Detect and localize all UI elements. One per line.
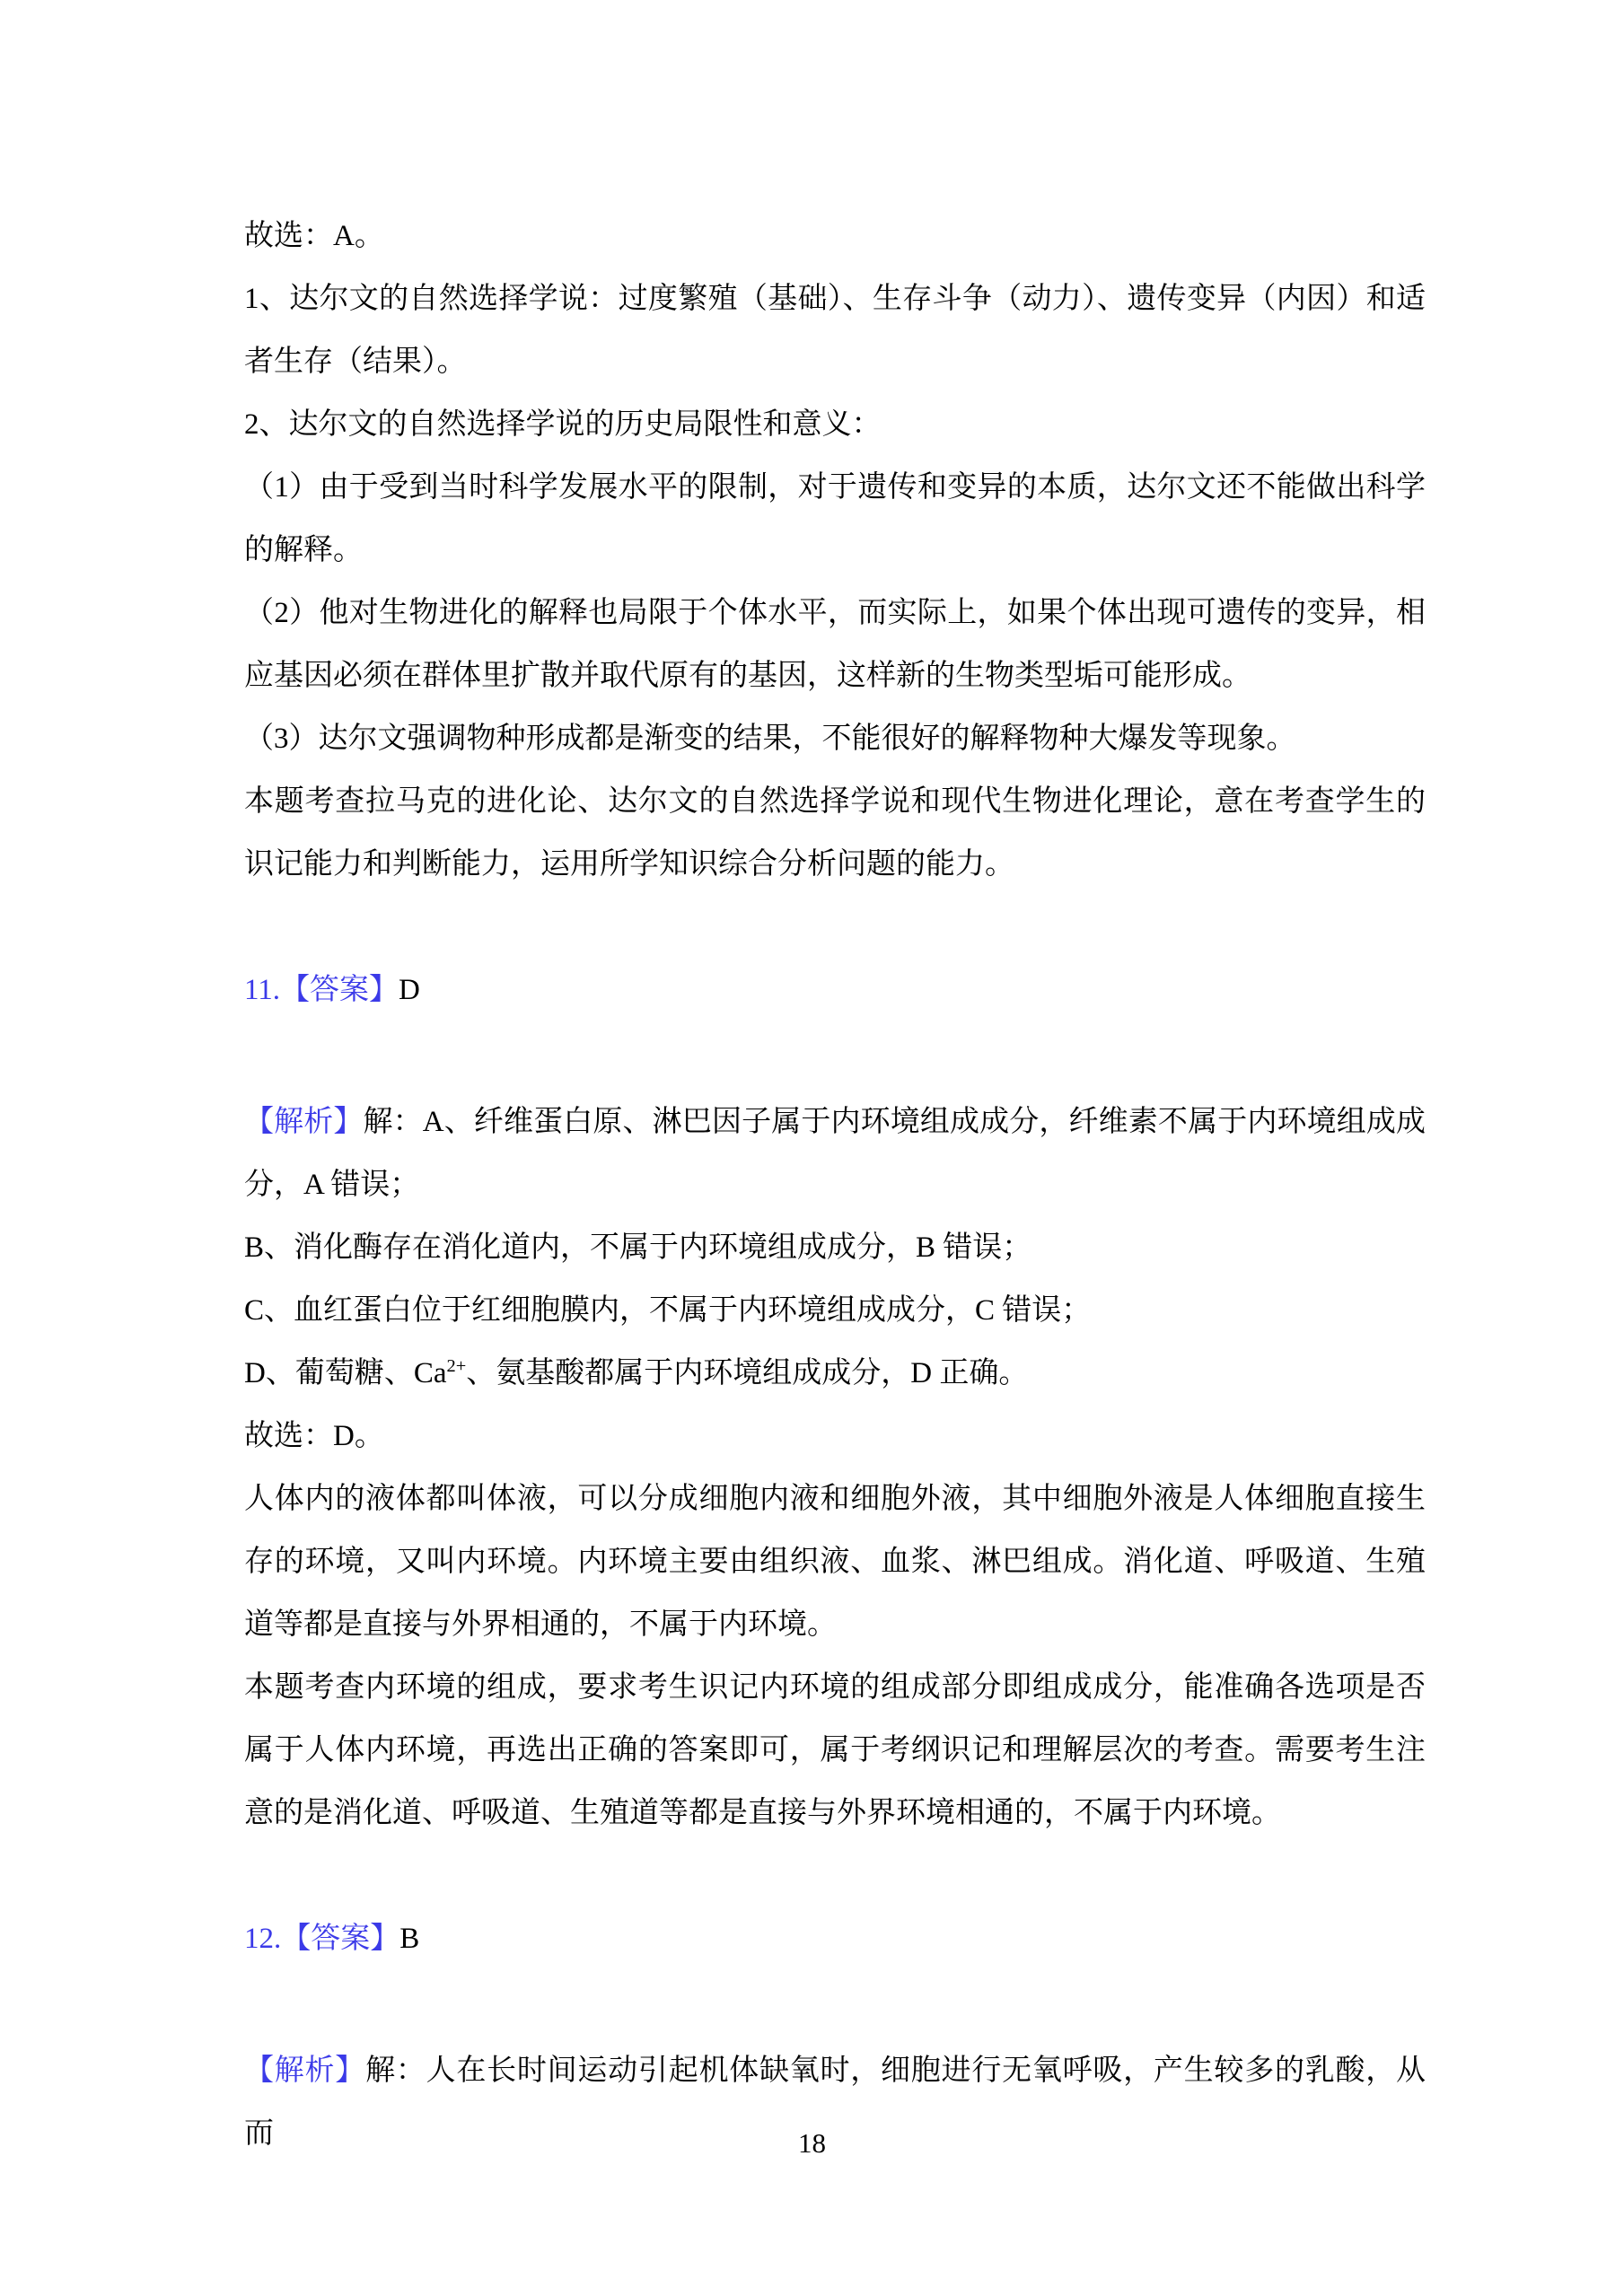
- q11-option-d-post: 、氨基酸都属于内环境组成成分，D 正确。: [466, 1357, 1028, 1389]
- q12-analysis-label: 【解析】: [244, 2055, 365, 2087]
- q11-knowledge: 人体内的液体都叫体液，可以分成细胞内液和细胞外液，其中细胞外液是人体细胞直接生存…: [244, 1468, 1426, 1656]
- q12-number: 12.: [244, 1923, 281, 1955]
- q10-point-1: 1、达尔文的自然选择学说：过度繁殖（基础）、生存斗争（动力）、遗传变异（内因）和…: [244, 267, 1426, 393]
- q12-answer-value: B: [399, 1923, 419, 1955]
- document-page: 故选：A。 1、达尔文的自然选择学说：过度繁殖（基础）、生存斗争（动力）、遗传变…: [0, 0, 1624, 2296]
- q11-number: 11.: [244, 974, 280, 1006]
- q11-option-b: B、消化酶存在消化道内，不属于内环境组成成分，B 错误；: [244, 1216, 1426, 1279]
- q11-analysis-intro: 【解析】解：A、纤维蛋白原、淋巴因子属于内环境组成成分，纤维素不属于内环境组成成…: [244, 1091, 1426, 1216]
- q10-point-2: 2、达尔文的自然选择学说的历史局限性和意义：: [244, 393, 1426, 456]
- q11-analysis-label: 【解析】: [244, 1106, 364, 1138]
- q11-option-c: C、血红蛋白位于红细胞膜内，不属于内环境组成成分，C 错误；: [244, 1279, 1426, 1342]
- q11-option-d-pre: D、葡萄糖、Ca: [244, 1357, 447, 1389]
- page-content: 故选：A。 1、达尔文的自然选择学说：过度繁殖（基础）、生存斗争（动力）、遗传变…: [244, 205, 1426, 2165]
- q12-answer-line: 12.【答案】B: [244, 1907, 1426, 1970]
- q10-sub-2: （2）他对生物进化的解释也局限于个体水平，而实际上，如果个体出现可遗传的变异，相…: [244, 582, 1426, 707]
- q10-comment: 本题考查拉马克的进化论、达尔文的自然选择学说和现代生物进化理论，意在考查学生的识…: [244, 770, 1426, 896]
- q11-answer-value: D: [399, 974, 420, 1006]
- page-number: 18: [0, 2125, 1624, 2161]
- q11-option-d-superscript: 2+: [447, 1356, 467, 1376]
- q10-sub-3: （3）达尔文强调物种形成都是渐变的结果，不能很好的解释物种大爆发等现象。: [244, 707, 1426, 770]
- q11-answer-line: 11.【答案】D: [244, 959, 1426, 1021]
- q11-comment: 本题考查内环境的组成，要求考生识记内环境的组成部分即组成成分，能准确各选项是否属…: [244, 1656, 1426, 1845]
- q11-conclusion: 故选：D。: [244, 1405, 1426, 1468]
- q11-option-d: D、葡萄糖、Ca2+、氨基酸都属于内环境组成成分，D 正确。: [244, 1342, 1426, 1405]
- q11-analysis-text: 解：A、纤维蛋白原、淋巴因子属于内环境组成成分，纤维素不属于内环境组成成分，A …: [244, 1106, 1426, 1201]
- q12-answer-label: 【答案】: [281, 1923, 399, 1955]
- q11-answer-label: 【答案】: [280, 974, 399, 1006]
- q10-sub-1: （1）由于受到当时科学发展水平的限制，对于遗传和变异的本质，达尔文还不能做出科学…: [244, 456, 1426, 582]
- q10-conclusion: 故选：A。: [244, 205, 1426, 267]
